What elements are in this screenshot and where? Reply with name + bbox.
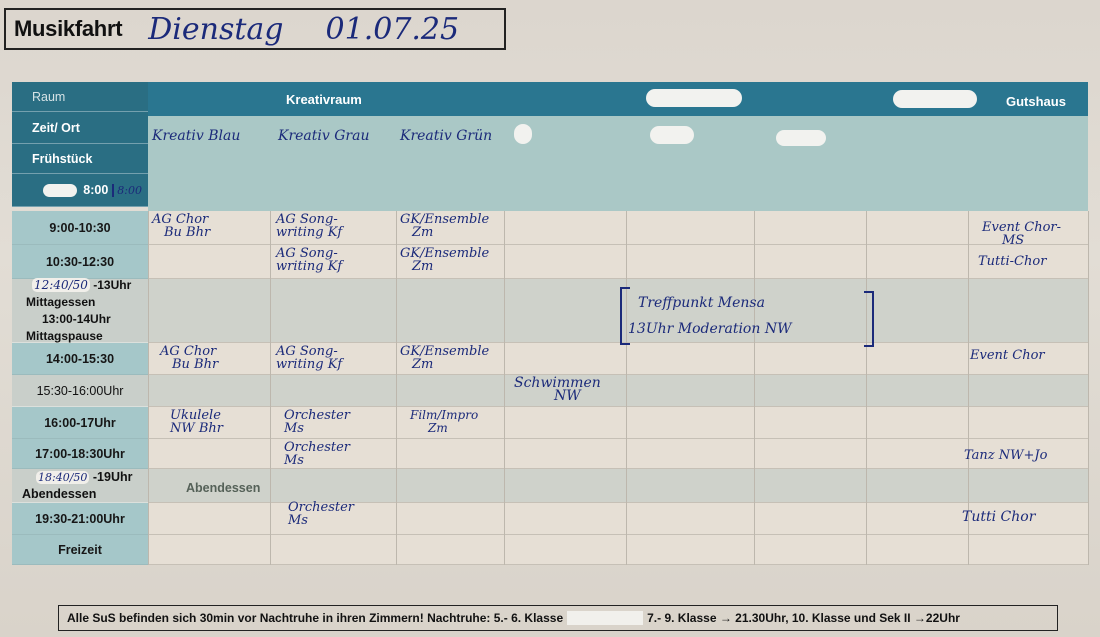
bracket-right [864, 291, 874, 347]
redacted-room [893, 90, 977, 108]
breakfast-time-handwritten: 8:00 [112, 184, 142, 197]
column-divider [270, 211, 271, 565]
cell-orchester: OrchesterMs [284, 409, 350, 435]
lunch-time-cell: 12:40/50 -13Uhr Mittagessen 13:00-14Uhr … [12, 279, 148, 343]
lunch-break-label: Mittagspause [26, 328, 103, 345]
time-cell: 16:00-17Uhr [12, 407, 148, 439]
title-box: Musikfahrt Dienstag 01.07.25 [4, 8, 506, 50]
cell-gk-ensemble: GK/EnsembleZm [400, 247, 489, 273]
lunch-note-line1: Treffpunkt Mensa [638, 297, 765, 310]
handwritten-day: Dienstag [148, 12, 283, 47]
cell-event-chor: Event Chor [970, 349, 1045, 362]
room-main-label: Kreativraum [286, 92, 362, 107]
table-row [148, 375, 1088, 407]
footer-text-part2: 7.- 9. Klasse → 21.30Uhr, 10. Klasse und… [647, 611, 960, 625]
breakfast-time-cell: 8:00 8:00 [12, 174, 148, 207]
raum-label: Raum [12, 82, 148, 112]
table-row [148, 535, 1088, 565]
time-cell: Freizeit [12, 535, 148, 565]
time-cell: 17:00-18:30Uhr [12, 439, 148, 469]
cell-orchester: OrchesterMs [288, 501, 354, 527]
lunch-label: Mittagessen [26, 294, 95, 311]
time-cell: 19:30-21:00Uhr [12, 503, 148, 535]
room-right-label: Gutshaus [1006, 94, 1066, 109]
cell-tutti-chor: Tutti Chor [962, 511, 1035, 524]
redacted-room [514, 124, 532, 144]
column-divider [504, 211, 505, 565]
cell-ukulele: UkuleleNW Bhr [170, 409, 223, 435]
cell-event-chor: Event Chor-MS [982, 221, 1061, 247]
cell-orchester: OrchesterMs [284, 441, 350, 467]
lunch-time: -13Uhr [93, 278, 131, 292]
cell-ag-songwriting: AG Song-writing Kf [276, 247, 342, 273]
cell-ag-songwriting: AG Song-writing Kf [276, 345, 342, 371]
table-row [148, 469, 1088, 503]
cell-schwimmen: SchwimmenNW [514, 377, 601, 403]
dinner-time-cell: 18:40/50 -19Uhr Abendessen [12, 469, 148, 503]
time-cell: 15:30-16:00Uhr [12, 375, 148, 407]
redacted-room [650, 126, 694, 144]
column-divider [1088, 211, 1089, 565]
column-divider [754, 211, 755, 565]
redacted-room [646, 89, 742, 107]
time-cell: 14:00-15:30 [12, 343, 148, 375]
cell-film-impro: Film/ImproZm [410, 409, 478, 435]
column-divider [396, 211, 397, 565]
lunch-time-handwritten: 12:40/50 [32, 278, 90, 292]
cell-gk-ensemble: GK/EnsembleZm [400, 213, 489, 239]
document-title: Musikfahrt [14, 16, 122, 42]
lunch-note-line2: 13Uhr Moderation NW [628, 323, 791, 336]
cell-tanz: Tanz NW+Jo [964, 449, 1047, 462]
time-cell: 9:00-10:30 [12, 211, 148, 245]
cell-ag-chor: AG ChorBu Bhr [152, 213, 210, 239]
handwritten-date: 01.07.25 [326, 12, 460, 47]
column-divider [148, 211, 149, 565]
cell-ag-chor: AG ChorBu Bhr [160, 345, 218, 371]
lunch-time-line: 12:40/50 -13Uhr [32, 277, 131, 294]
column-kreativ-gruen: Kreativ Grün [400, 128, 492, 144]
cell-tutti-chor: Tutti-Chor [978, 255, 1046, 268]
column-divider [866, 211, 867, 565]
room-subheader: Kreativ Blau Kreativ Grau Kreativ Grün [148, 116, 1088, 211]
cell-ag-songwriting: AG Song-writing Kf [276, 213, 342, 239]
dinner-time: -19Uhr [93, 470, 133, 484]
cell-gk-ensemble: GK/EnsembleZm [400, 345, 489, 371]
column-kreativ-grau: Kreativ Grau [278, 128, 370, 144]
fruehstueck-label: Frühstück [12, 144, 148, 174]
lunch-break-time: 13:00-14Uhr [42, 311, 111, 328]
redacted-time [43, 184, 77, 197]
zeit-ort-label: Zeit/ Ort [12, 112, 148, 144]
dinner-time-handwritten: 18:40/50 [36, 471, 89, 484]
room-header-bar: Kreativraum Gutshaus [148, 82, 1088, 116]
column-kreativ-blau: Kreativ Blau [152, 128, 240, 144]
time-cell: 10:30-12:30 [12, 245, 148, 279]
dinner-time-line: 18:40/50 -19Uhr [36, 469, 132, 486]
footer-text-part1: Alle SuS befinden sich 30min vor Nachtru… [67, 611, 563, 625]
table-row [148, 279, 1088, 343]
breakfast-time: 8:00 [83, 183, 108, 197]
dinner-cell: Abendessen [186, 481, 260, 495]
footer-note: Alle SuS befinden sich 30min vor Nachtru… [58, 605, 1058, 631]
redacted-room [776, 130, 826, 146]
dinner-label: Abendessen [22, 486, 96, 502]
redacted-text [567, 611, 643, 625]
column-divider [626, 211, 627, 565]
